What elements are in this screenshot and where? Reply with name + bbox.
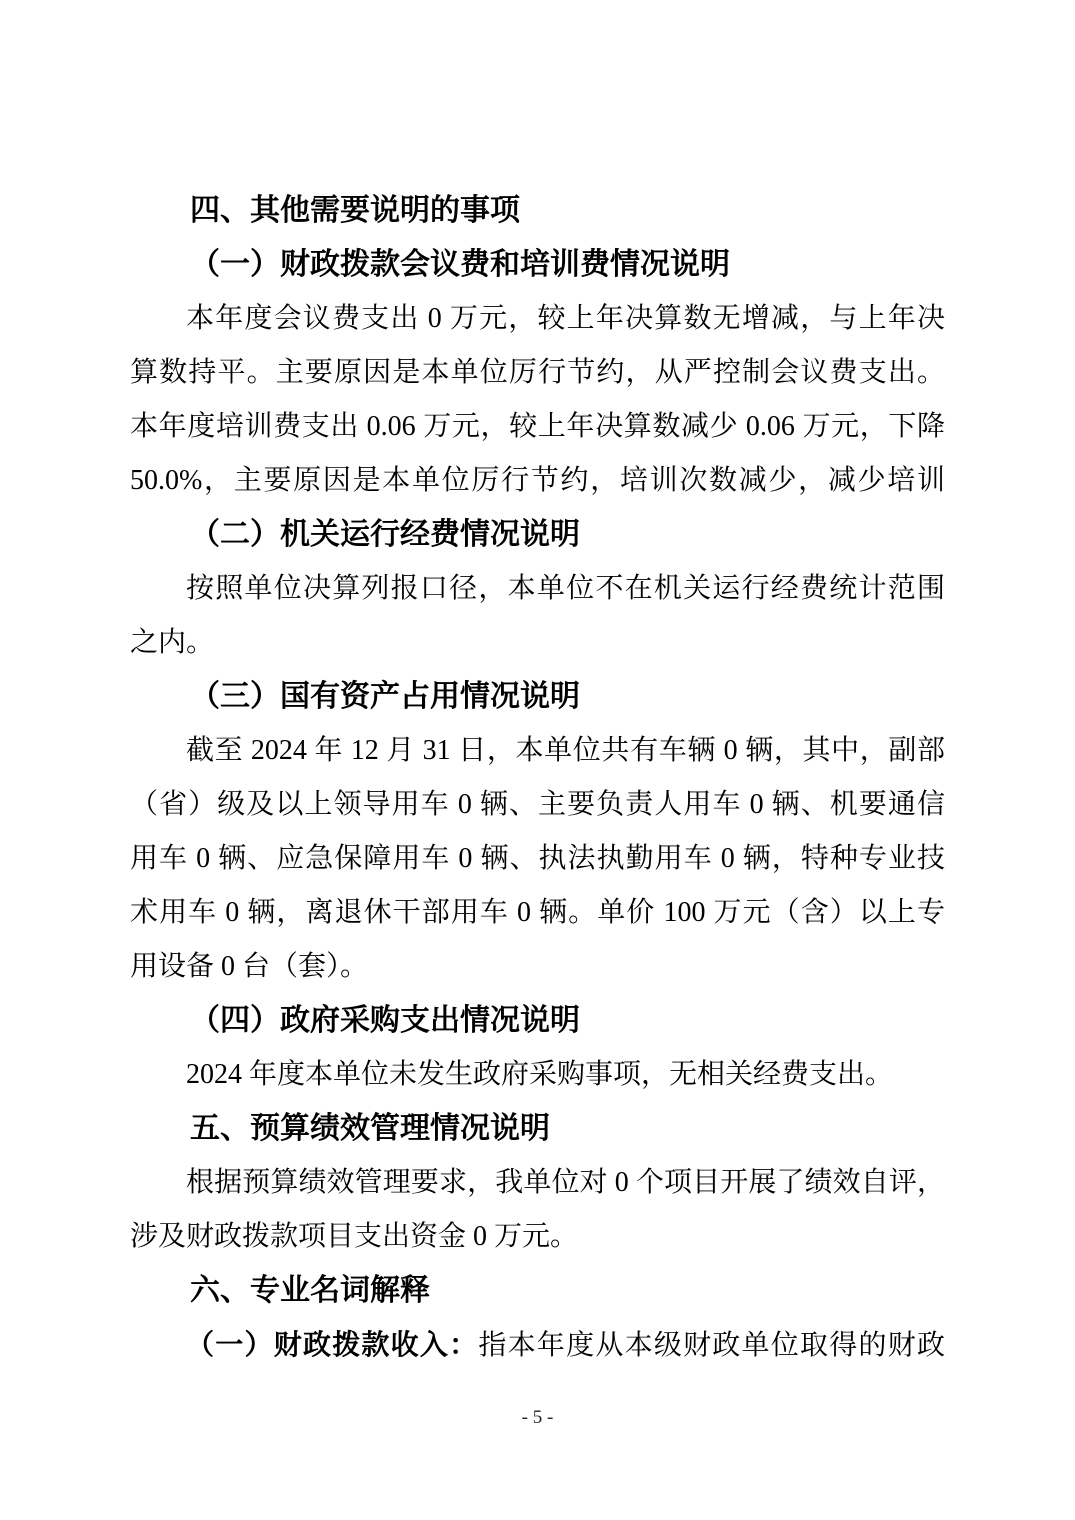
body-text-line: 术用车 0 辆，离退休干部用车 0 辆。单价 100 万元（含）以上专	[130, 886, 945, 940]
document-content: 四、其他需要说明的事项（一）财政拨款会议费和培训费情况说明本年度会议费支出 0 …	[130, 184, 945, 1372]
text-run: 用车 0 辆、应急保障用车 0 辆、执法执勤用车 0 辆，特种专业技	[130, 843, 945, 874]
text-run: 之内。	[130, 627, 214, 658]
body-text-line: 涉及财政拨款项目支出资金 0 万元。	[130, 1210, 945, 1264]
document-page: 四、其他需要说明的事项（一）财政拨款会议费和培训费情况说明本年度会议费支出 0 …	[0, 0, 1075, 1520]
bold-text-run: （四）政府采购支出情况说明	[190, 1004, 580, 1037]
body-text-line: 本年度会议费支出 0 万元，较上年决算数无增减，与上年决	[130, 292, 945, 346]
text-run: 指本年度从本级财政单位取得的财政	[478, 1330, 945, 1361]
section-heading: （一）财政拨款会议费和培训费情况说明	[130, 238, 945, 292]
text-run: 50.0%，主要原因是本单位厉行节约，培训次数减少，减少培训费。	[130, 465, 945, 508]
text-run: 术用车 0 辆，离退休干部用车 0 辆。单价 100 万元（含）以上专	[130, 897, 945, 928]
body-text-line: 根据预算绩效管理要求，我单位对 0 个项目开展了绩效自评，	[130, 1156, 945, 1210]
body-text-line: 用车 0 辆、应急保障用车 0 辆、执法执勤用车 0 辆，特种专业技	[130, 832, 945, 886]
section-heading: （二）机关运行经费情况说明	[130, 508, 945, 562]
body-text-line: 之内。	[130, 616, 945, 670]
body-text-line: 本年度培训费支出 0.06 万元，较上年决算数减少 0.06 万元，下降	[130, 400, 945, 454]
body-text-line: 截至 2024 年 12 月 31 日，本单位共有车辆 0 辆，其中，副部	[130, 724, 945, 778]
bold-text-run: 五、预算绩效管理情况说明	[190, 1112, 550, 1145]
text-run: 本年度培训费支出 0.06 万元，较上年决算数减少 0.06 万元，下降	[130, 411, 945, 442]
body-text-line: 按照单位决算列报口径，本单位不在机关运行经费统计范围	[130, 562, 945, 616]
body-text-line: （省）级及以上领导用车 0 辆、主要负责人用车 0 辆、机要通信	[130, 778, 945, 832]
text-run: 用设备 0 台（套）。	[130, 951, 368, 982]
section-heading: 六、专业名词解释	[130, 1264, 945, 1318]
section-heading: （四）政府采购支出情况说明	[130, 994, 945, 1048]
text-run: 2024 年度本单位未发生政府采购事项，无相关经费支出。	[186, 1059, 893, 1090]
text-run: （省）级及以上领导用车 0 辆、主要负责人用车 0 辆、机要通信	[130, 789, 945, 820]
text-run: 根据预算绩效管理要求，我单位对 0 个项目开展了绩效自评，	[186, 1167, 945, 1198]
section-heading: 四、其他需要说明的事项	[130, 184, 945, 238]
text-run: 涉及财政拨款项目支出资金 0 万元。	[130, 1221, 578, 1252]
body-text-line: 算数持平。主要原因是本单位厉行节约，从严控制会议费支出。	[130, 346, 945, 400]
bold-text-run: （一）财政拨款会议费和培训费情况说明	[190, 248, 730, 281]
text-run: 本年度会议费支出 0 万元，较上年决算数无增减，与上年决	[186, 303, 945, 334]
body-text-line: 2024 年度本单位未发生政府采购事项，无相关经费支出。	[130, 1048, 945, 1102]
bold-text-run: 四、其他需要说明的事项	[190, 194, 520, 227]
body-text-line: 50.0%，主要原因是本单位厉行节约，培训次数减少，减少培训费。	[130, 454, 945, 508]
text-run: 算数持平。主要原因是本单位厉行节约，从严控制会议费支出。	[130, 357, 945, 388]
body-text-line: 用设备 0 台（套）。	[130, 940, 945, 994]
bold-text-run: 六、专业名词解释	[190, 1274, 430, 1307]
bold-text-run: （三）国有资产占用情况说明	[190, 680, 580, 713]
body-text-line: （一）财政拨款收入：指本年度从本级财政单位取得的财政	[130, 1318, 945, 1372]
section-heading: 五、预算绩效管理情况说明	[130, 1102, 945, 1156]
text-run: 按照单位决算列报口径，本单位不在机关运行经费统计范围	[186, 573, 945, 604]
bold-text-run: （二）机关运行经费情况说明	[190, 518, 580, 551]
page-number: - 5 -	[0, 1404, 1075, 1432]
section-heading: （三）国有资产占用情况说明	[130, 670, 945, 724]
text-run: 截至 2024 年 12 月 31 日，本单位共有车辆 0 辆，其中，副部	[186, 735, 945, 766]
bold-text-run: （一）财政拨款收入：	[186, 1329, 478, 1360]
